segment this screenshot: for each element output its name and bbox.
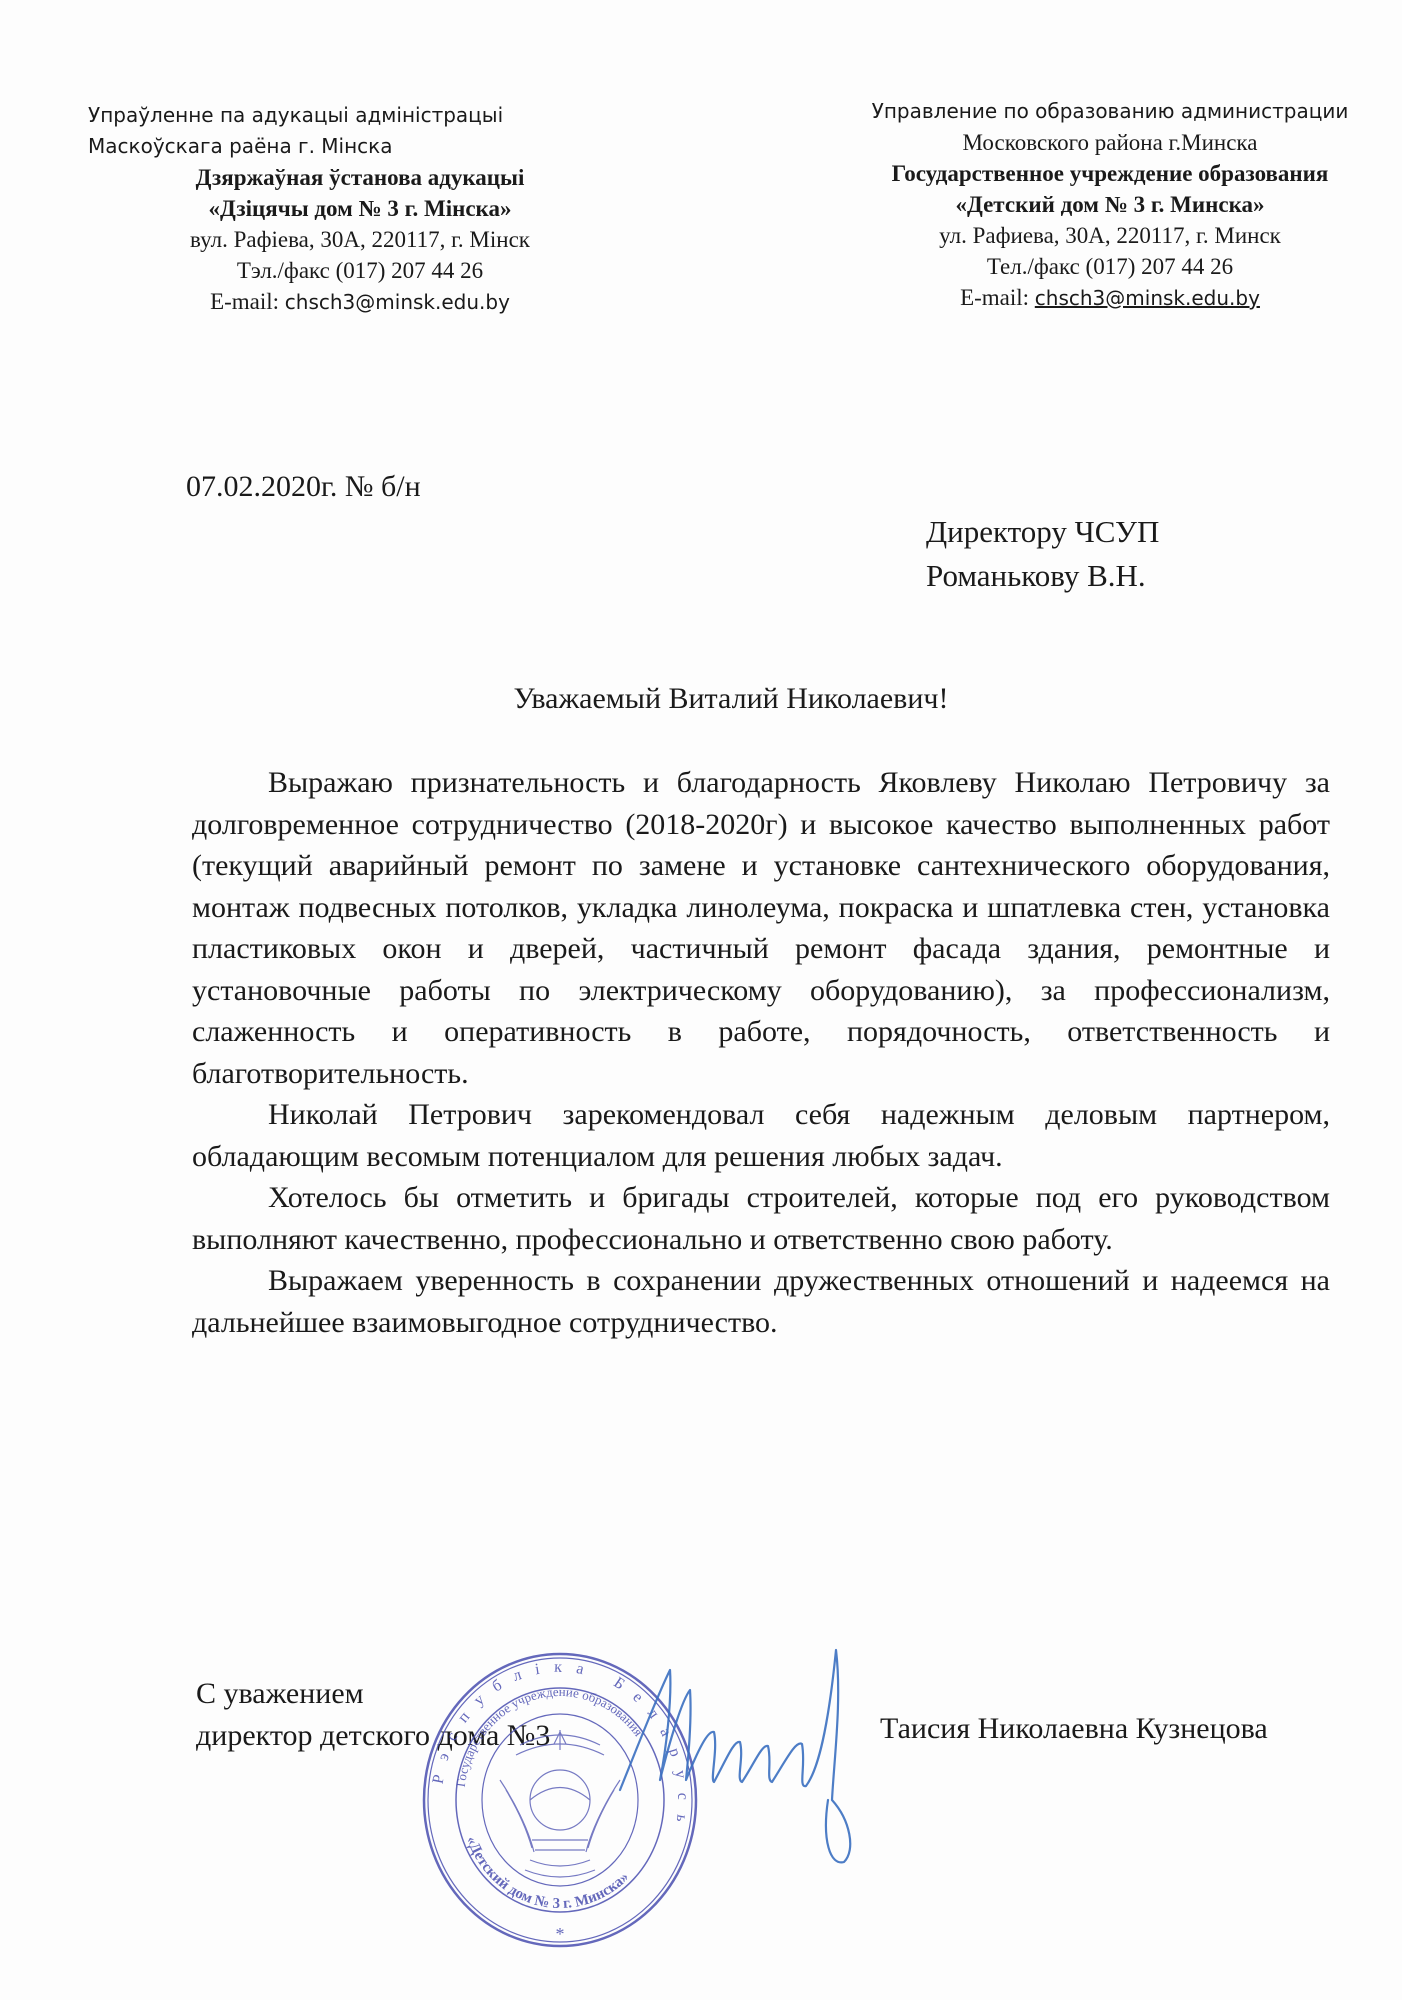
header-left-email-row: E-mail: chsch3@minsk.edu.by: [80, 286, 580, 318]
header-left-address: вул. Рафіева, 30А, 220117, г. Мінск: [80, 224, 580, 255]
header-left-line1: Упраўленне па адукацыі адміністрацыі: [80, 100, 580, 131]
header-left-phone: Тэл./факс (017) 207 44 26: [80, 255, 580, 286]
header-right-line1: Управление по образованию администрации: [840, 96, 1380, 127]
header-left-line2: Маскоўскага раёна г. Мінска: [80, 131, 580, 162]
handwritten-signature-icon: [610, 1640, 870, 1870]
header-right-org-line1: Государственное учреждение образования: [840, 158, 1380, 189]
header-left-email-label: E-mail:: [210, 289, 285, 314]
header-right-russian: Управление по образованию администрации …: [840, 96, 1380, 314]
body-paragraph-2: Николай Петрович зарекомендовал себя над…: [192, 1094, 1330, 1177]
letter-page: Упраўленне па адукацыі адміністрацыі Мас…: [0, 0, 1402, 2000]
header-right-email-row: E-mail: chsch3@minsk.edu.by: [840, 282, 1380, 314]
header-right-address: ул. Рафиева, 30А, 220117, г. Минск: [840, 220, 1380, 251]
header-left-email: chsch3@minsk.edu.by: [285, 290, 510, 314]
signer-name: Таисия Николаевна Кузнецова: [880, 1712, 1268, 1746]
addressee-line2: Романькову В.Н.: [926, 554, 1159, 598]
body-paragraph-1: Выражаю признательность и благодарность …: [192, 762, 1330, 1094]
header-left-org-line1: Дзяржаўная ўстанова адукацыі: [80, 162, 580, 193]
header-right-phone: Тел./факс (017) 207 44 26: [840, 251, 1380, 282]
salutation: Уважаемый Виталий Николаевич!: [0, 682, 1402, 716]
svg-text:*: *: [556, 1924, 565, 1944]
body-paragraph-3: Хотелось бы отметить и бригады строителе…: [192, 1177, 1330, 1260]
header-right-org-line2: «Детский дом № 3 г. Минска»: [840, 189, 1380, 220]
header-left-org-line2: «Дзіцячы дом № 3 г. Мінска»: [80, 193, 580, 224]
header-left-belarusian: Упраўленне па адукацыі адміністрацыі Мас…: [80, 100, 580, 318]
addressee-line1: Директору ЧСУП: [926, 510, 1159, 554]
header-right-email-link[interactable]: chsch3@minsk.edu.by: [1035, 286, 1260, 310]
addressee: Директору ЧСУП Романькову В.Н.: [926, 510, 1159, 598]
header-right-email-label: E-mail:: [960, 285, 1035, 310]
body-paragraph-4: Выражаем уверенность в сохранении дружес…: [192, 1260, 1330, 1343]
letter-body: Выражаю признательность и благодарность …: [192, 762, 1330, 1343]
header-right-line2: Московского района г.Минска: [840, 127, 1380, 158]
letter-date-number: 07.02.2020г. № б/н: [186, 470, 421, 504]
